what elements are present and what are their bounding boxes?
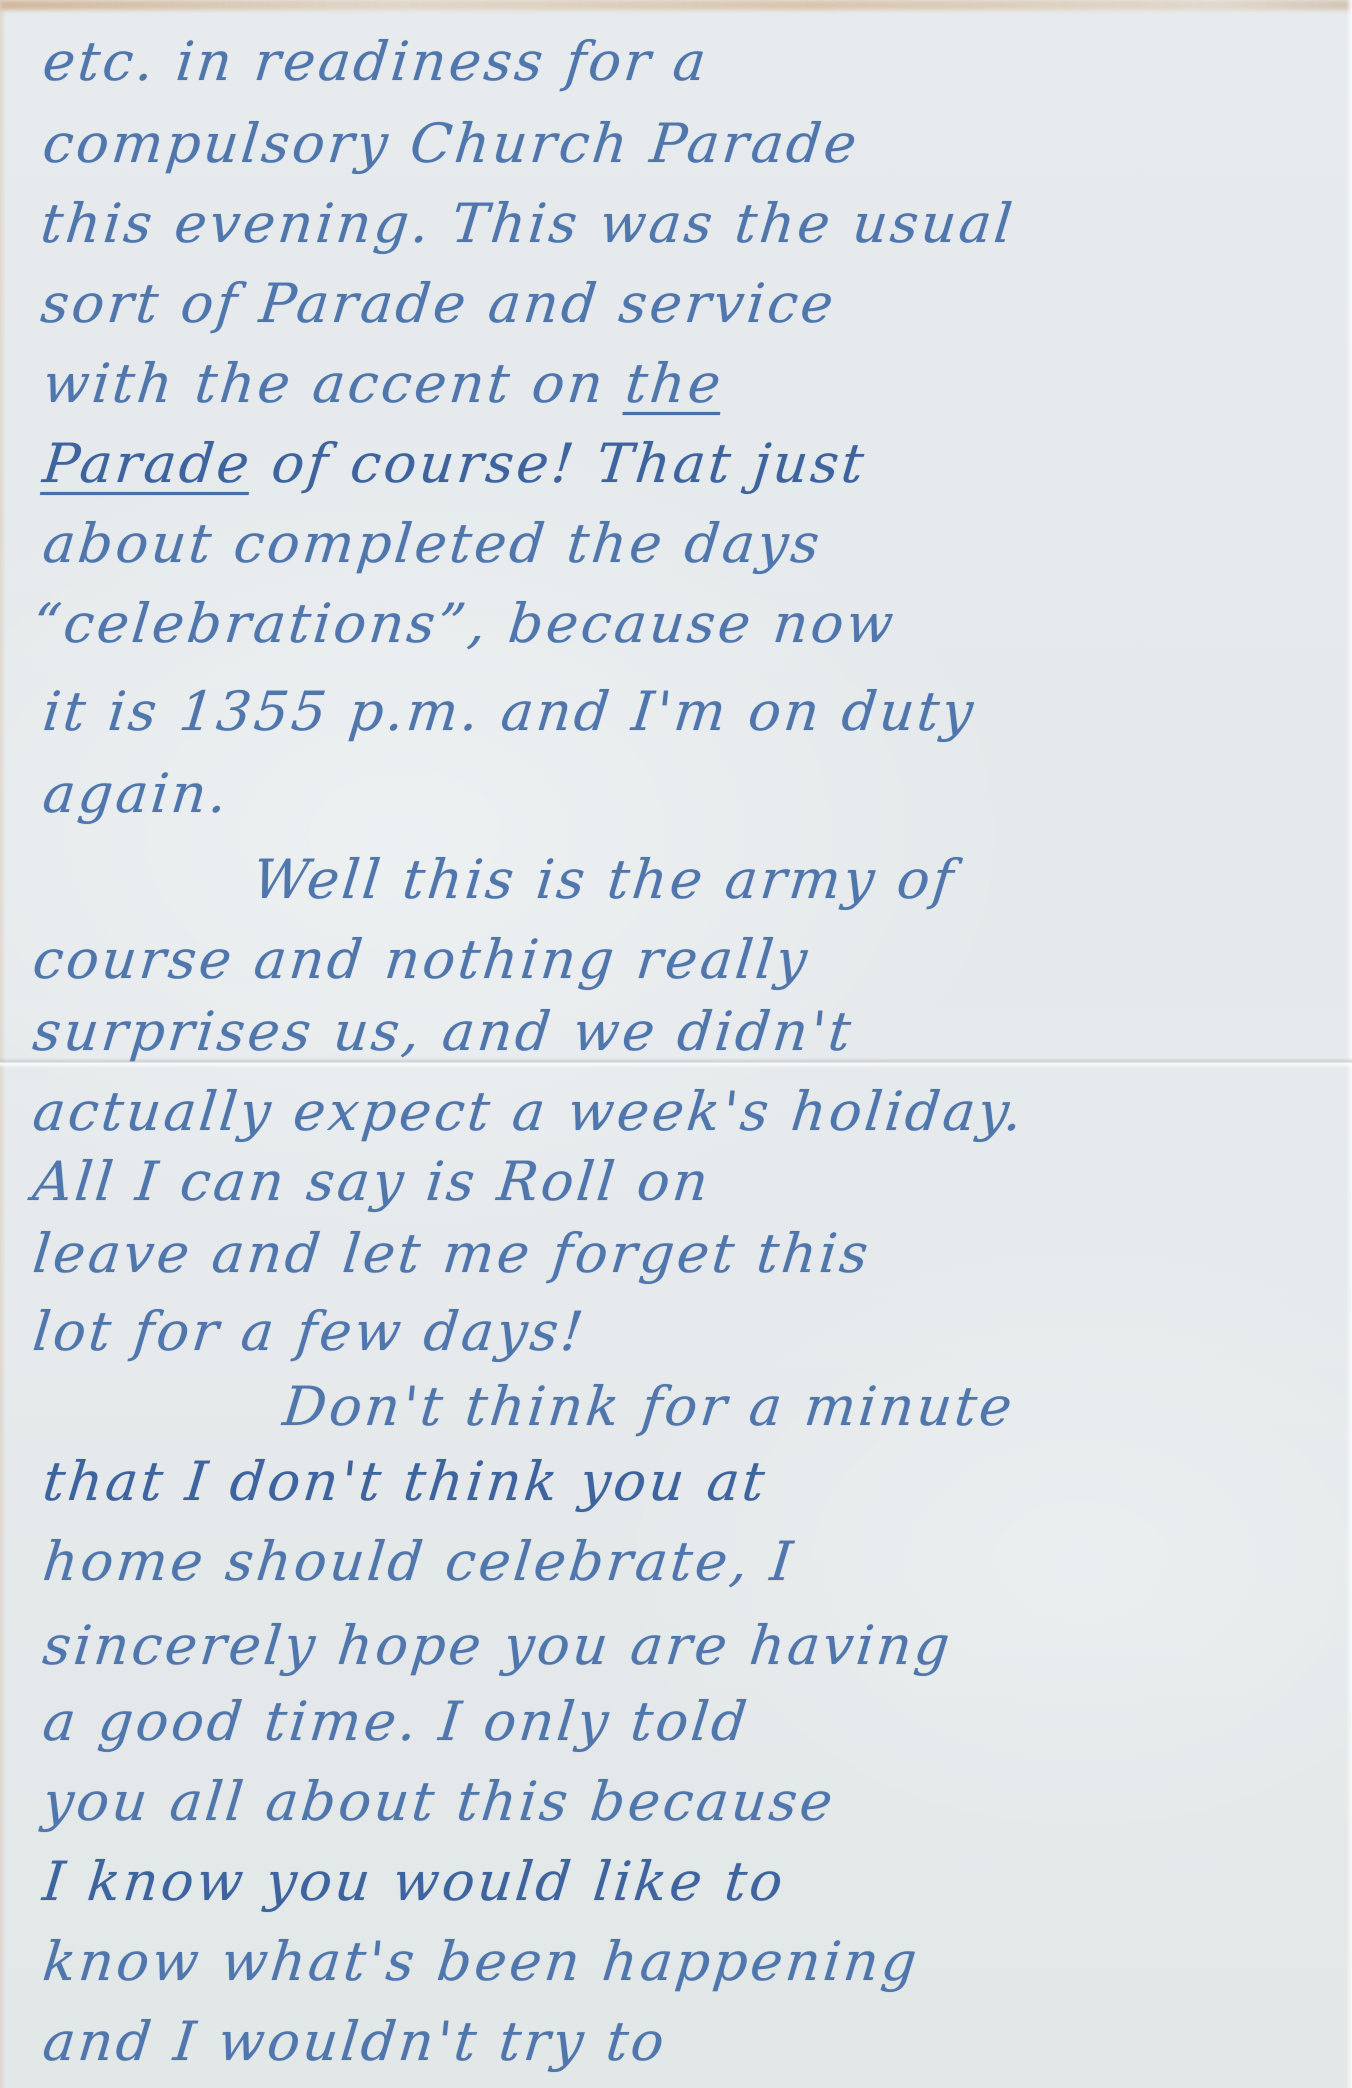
letter-line: that I don't think you at [40,1450,770,1513]
letter-line: leave and let me forget this [30,1222,874,1285]
letter-line: lot for a few days! [30,1300,589,1363]
letter-body: etc. in readiness for a compulsory Churc… [0,0,1352,2088]
letter-line: sort of Parade and service [38,272,839,335]
letter-line: surprises us, and we didn't [30,1000,857,1063]
underlined-word: the [622,352,726,415]
letter-line: it is 1355 p.m. and I'm on duty [40,680,979,743]
letter-line: course and nothing really [30,928,813,991]
letter-line: a good time. I only told [40,1690,753,1753]
letter-line: sincerely hope you are having [40,1614,955,1677]
letter-line: I know you would like to [40,1850,789,1913]
letter-line: and I wouldn't try to [40,2010,670,2073]
letter-line: actually expect a week's holiday. [30,1080,1028,1143]
letter-line: “celebrations”, because now [30,592,899,655]
letter-line: with the accent on the [40,352,727,415]
letter-line: Well this is the army of [250,848,959,911]
letter-line: again. [40,762,233,825]
letter-page: etc. in readiness for a compulsory Churc… [0,0,1352,2088]
letter-line: home should celebrate, I [40,1530,798,1593]
letter-line: about completed the days [40,512,825,575]
letter-line: know what's been happening [40,1930,923,1993]
letter-line: Parade of course! That just [40,432,870,495]
letter-line: this evening. This was the usual [38,192,1018,255]
letter-line: compulsory Church Parade [40,112,862,175]
letter-line: etc. in readiness for a [40,30,712,93]
underlined-word: Parade [40,432,255,495]
letter-line: All I can say is Roll on [30,1150,714,1213]
letter-line: you all about this because [40,1770,838,1833]
letter-line: Don't think for a minute [280,1375,1018,1438]
